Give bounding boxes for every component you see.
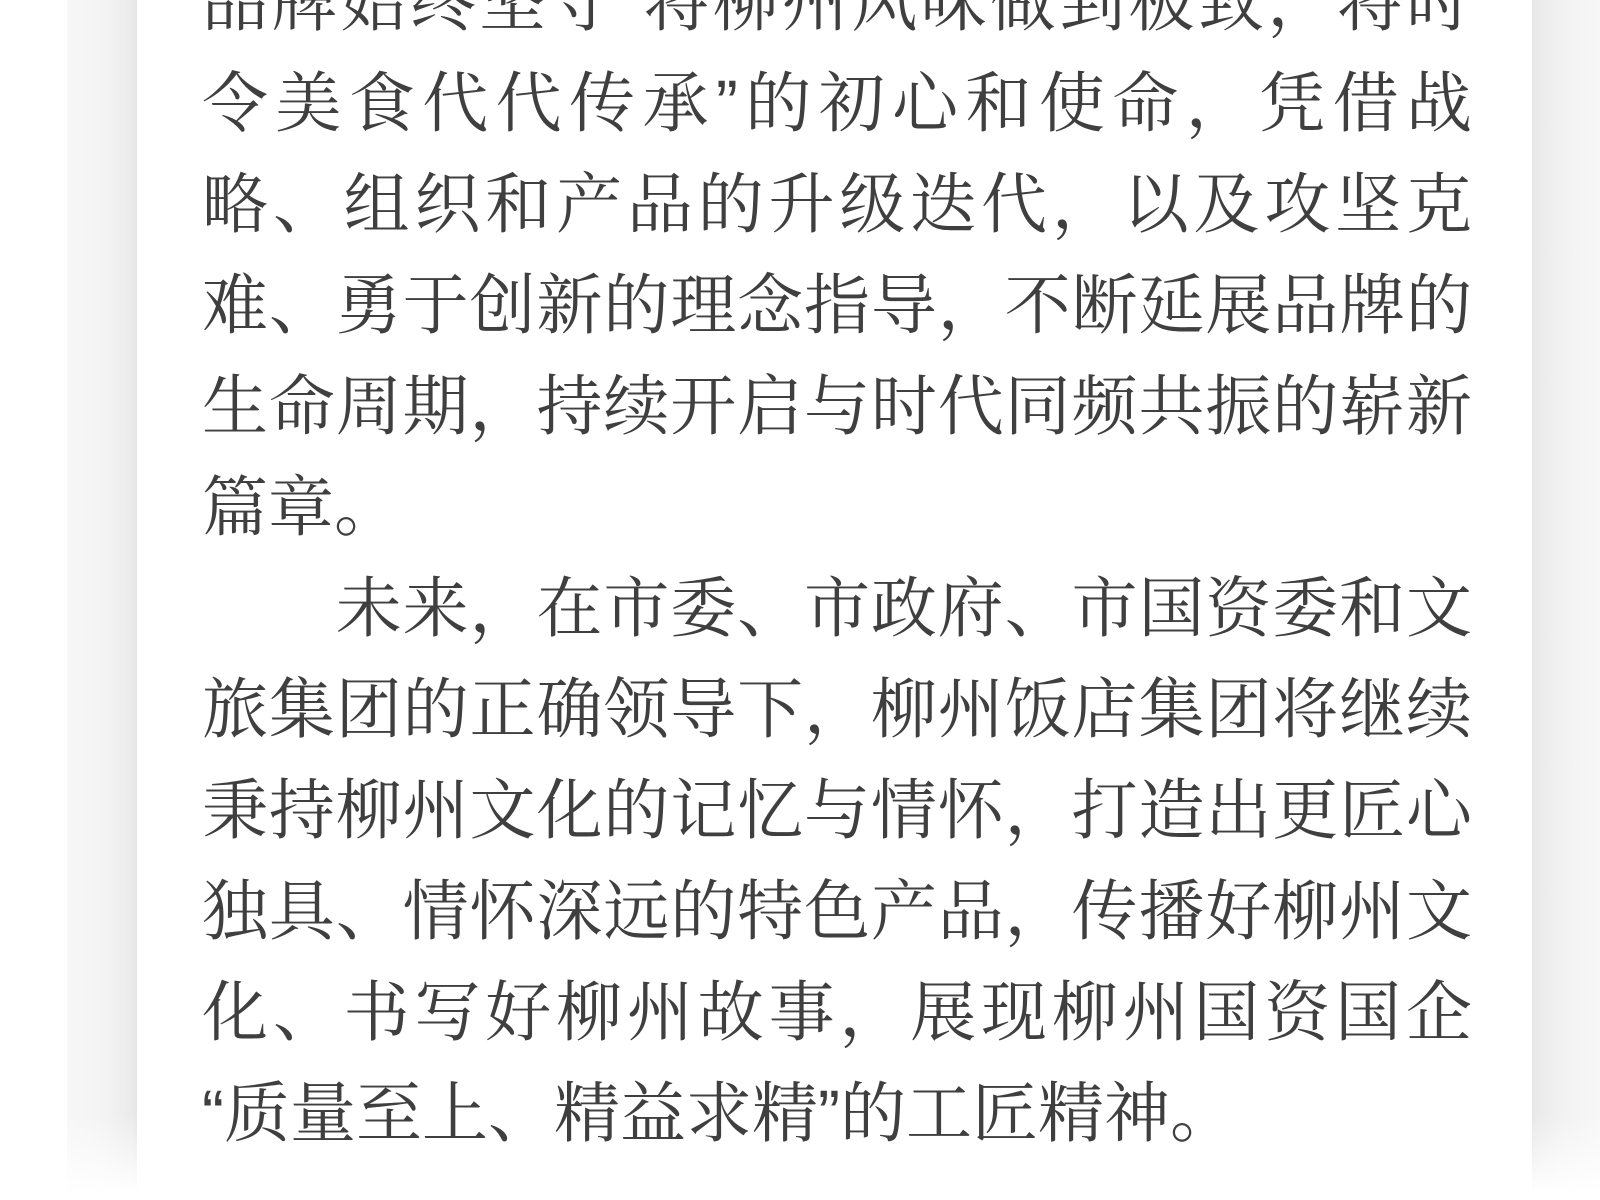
article-line: 难、勇于创新的理念指导，不断延展品牌的 — [202, 255, 1472, 356]
article-line: 篇章。 — [202, 457, 1472, 558]
right-gutter — [1532, 0, 1600, 1200]
article-line: 化、书写好柳州故事，展现柳州国资国企 — [202, 962, 1472, 1063]
article-line: 秉持柳州文化的记忆与情怀，打造出更匠心 — [202, 760, 1472, 861]
article-body: 品牌始终坚守“将柳州风味做到极致，将时令美食代代传承”的初心和使命，凭借战略、组… — [137, 0, 1532, 1164]
left-gutter — [67, 0, 137, 1200]
article-line: 品牌始终坚守“将柳州风味做到极致，将时 — [202, 0, 1472, 53]
article-line: 略、组织和产品的升级迭代，以及攻坚克 — [202, 154, 1472, 255]
article-line: 令美食代代传承”的初心和使命，凭借战 — [202, 53, 1472, 154]
article-line: 旅集团的正确领导下，柳州饭店集团将继续 — [202, 659, 1472, 760]
article-line: “质量至上、精益求精”的工匠精神。 — [202, 1063, 1472, 1164]
article-line: 独具、情怀深远的特色产品，传播好柳州文 — [202, 861, 1472, 962]
article-line: 生命周期，持续开启与时代同频共振的崭新 — [202, 356, 1472, 457]
article-page: 品牌始终坚守“将柳州风味做到极致，将时令美食代代传承”的初心和使命，凭借战略、组… — [0, 0, 1600, 1200]
article-line: 未来，在市委、市政府、市国资委和文 — [202, 558, 1472, 659]
